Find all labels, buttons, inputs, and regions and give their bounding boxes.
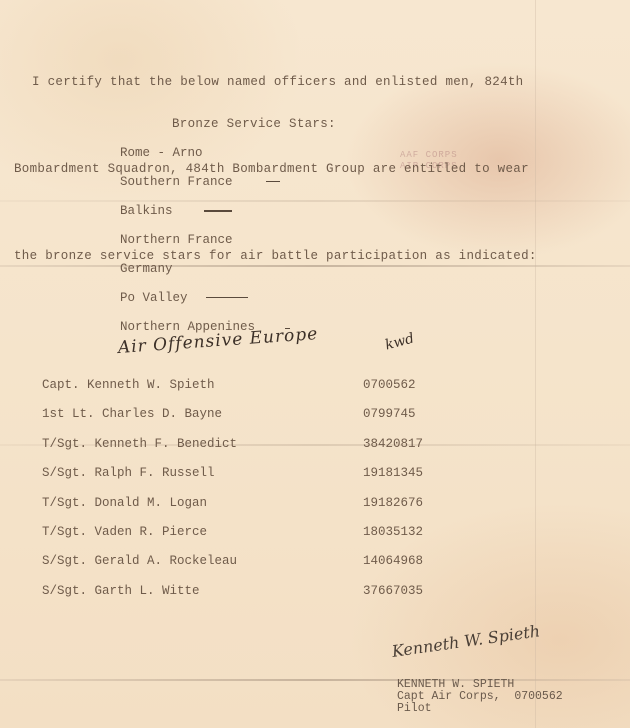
roster-name: T/Sgt. Vaden R. Pierce bbox=[42, 525, 207, 539]
campaign-item: Southern France bbox=[120, 175, 233, 189]
pencil-mark bbox=[206, 297, 248, 298]
signature-block: KENNETH W. SPIETHCapt Air Corps, 0700562… bbox=[397, 679, 563, 715]
roster-serial: 0700562 bbox=[363, 378, 416, 392]
roster-row: Capt. Kenneth W. Spieth 0700562 bbox=[42, 378, 482, 398]
campaign-item: Northern France bbox=[120, 233, 233, 247]
roster-row: S/Sgt. Ralph F. Russell 19181345 bbox=[42, 466, 482, 486]
intro-line: Bombardment Squadron, 484th Bombardment … bbox=[14, 155, 537, 184]
campaign-item: Rome - Arno bbox=[120, 146, 203, 160]
roster-row: T/Sgt. Donald M. Logan 19182676 bbox=[42, 496, 482, 516]
roster-name: T/Sgt. Donald M. Logan bbox=[42, 496, 207, 510]
roster-name: S/Sgt. Garth L. Witte bbox=[42, 584, 200, 598]
pencil-mark bbox=[266, 181, 280, 182]
roster-row: S/Sgt. Garth L. Witte 37667035 bbox=[42, 584, 482, 604]
intro-line: the bronze service stars for air battle … bbox=[14, 242, 537, 271]
roster-serial: 37667035 bbox=[363, 584, 423, 598]
intro-line: I certify that the below named officers … bbox=[14, 68, 537, 97]
roster-name: T/Sgt. Kenneth F. Benedict bbox=[42, 437, 237, 451]
pencil-mark bbox=[204, 210, 232, 212]
campaign-item: Germany bbox=[120, 262, 173, 276]
certification-paragraph: I certify that the below named officers … bbox=[14, 10, 537, 329]
campaign-item: Po Valley bbox=[120, 291, 188, 305]
handwritten-initials: kwd bbox=[383, 330, 416, 353]
roster-row: 1st Lt. Charles D. Bayne 0799745 bbox=[42, 407, 482, 427]
roster-row: S/Sgt. Gerald A. Rockeleau 14064968 bbox=[42, 554, 482, 574]
roster-serial: 19181345 bbox=[363, 466, 423, 480]
roster-serial: 18035132 bbox=[363, 525, 423, 539]
document-page: AAF CORPS AIR CORPS I certify that the b… bbox=[0, 0, 630, 728]
roster-name: Capt. Kenneth W. Spieth bbox=[42, 378, 215, 392]
handwritten-signature: Kenneth W. Spieth bbox=[391, 621, 541, 661]
roster-serial: 14064968 bbox=[363, 554, 423, 568]
role-line: Pilot bbox=[397, 703, 563, 715]
roster-serial: 0799745 bbox=[363, 407, 416, 421]
roster-serial: 38420817 bbox=[363, 437, 423, 451]
roster-row: T/Sgt. Vaden R. Pierce 18035132 bbox=[42, 525, 482, 545]
campaign-item: Balkins bbox=[120, 204, 173, 218]
stars-heading: Bronze Service Stars: bbox=[172, 117, 336, 131]
roster-name: S/Sgt. Gerald A. Rockeleau bbox=[42, 554, 237, 568]
roster-name: S/Sgt. Ralph F. Russell bbox=[42, 466, 215, 480]
roster-row: T/Sgt. Kenneth F. Benedict 38420817 bbox=[42, 437, 482, 457]
roster-serial: 19182676 bbox=[363, 496, 423, 510]
roster-name: 1st Lt. Charles D. Bayne bbox=[42, 407, 222, 421]
